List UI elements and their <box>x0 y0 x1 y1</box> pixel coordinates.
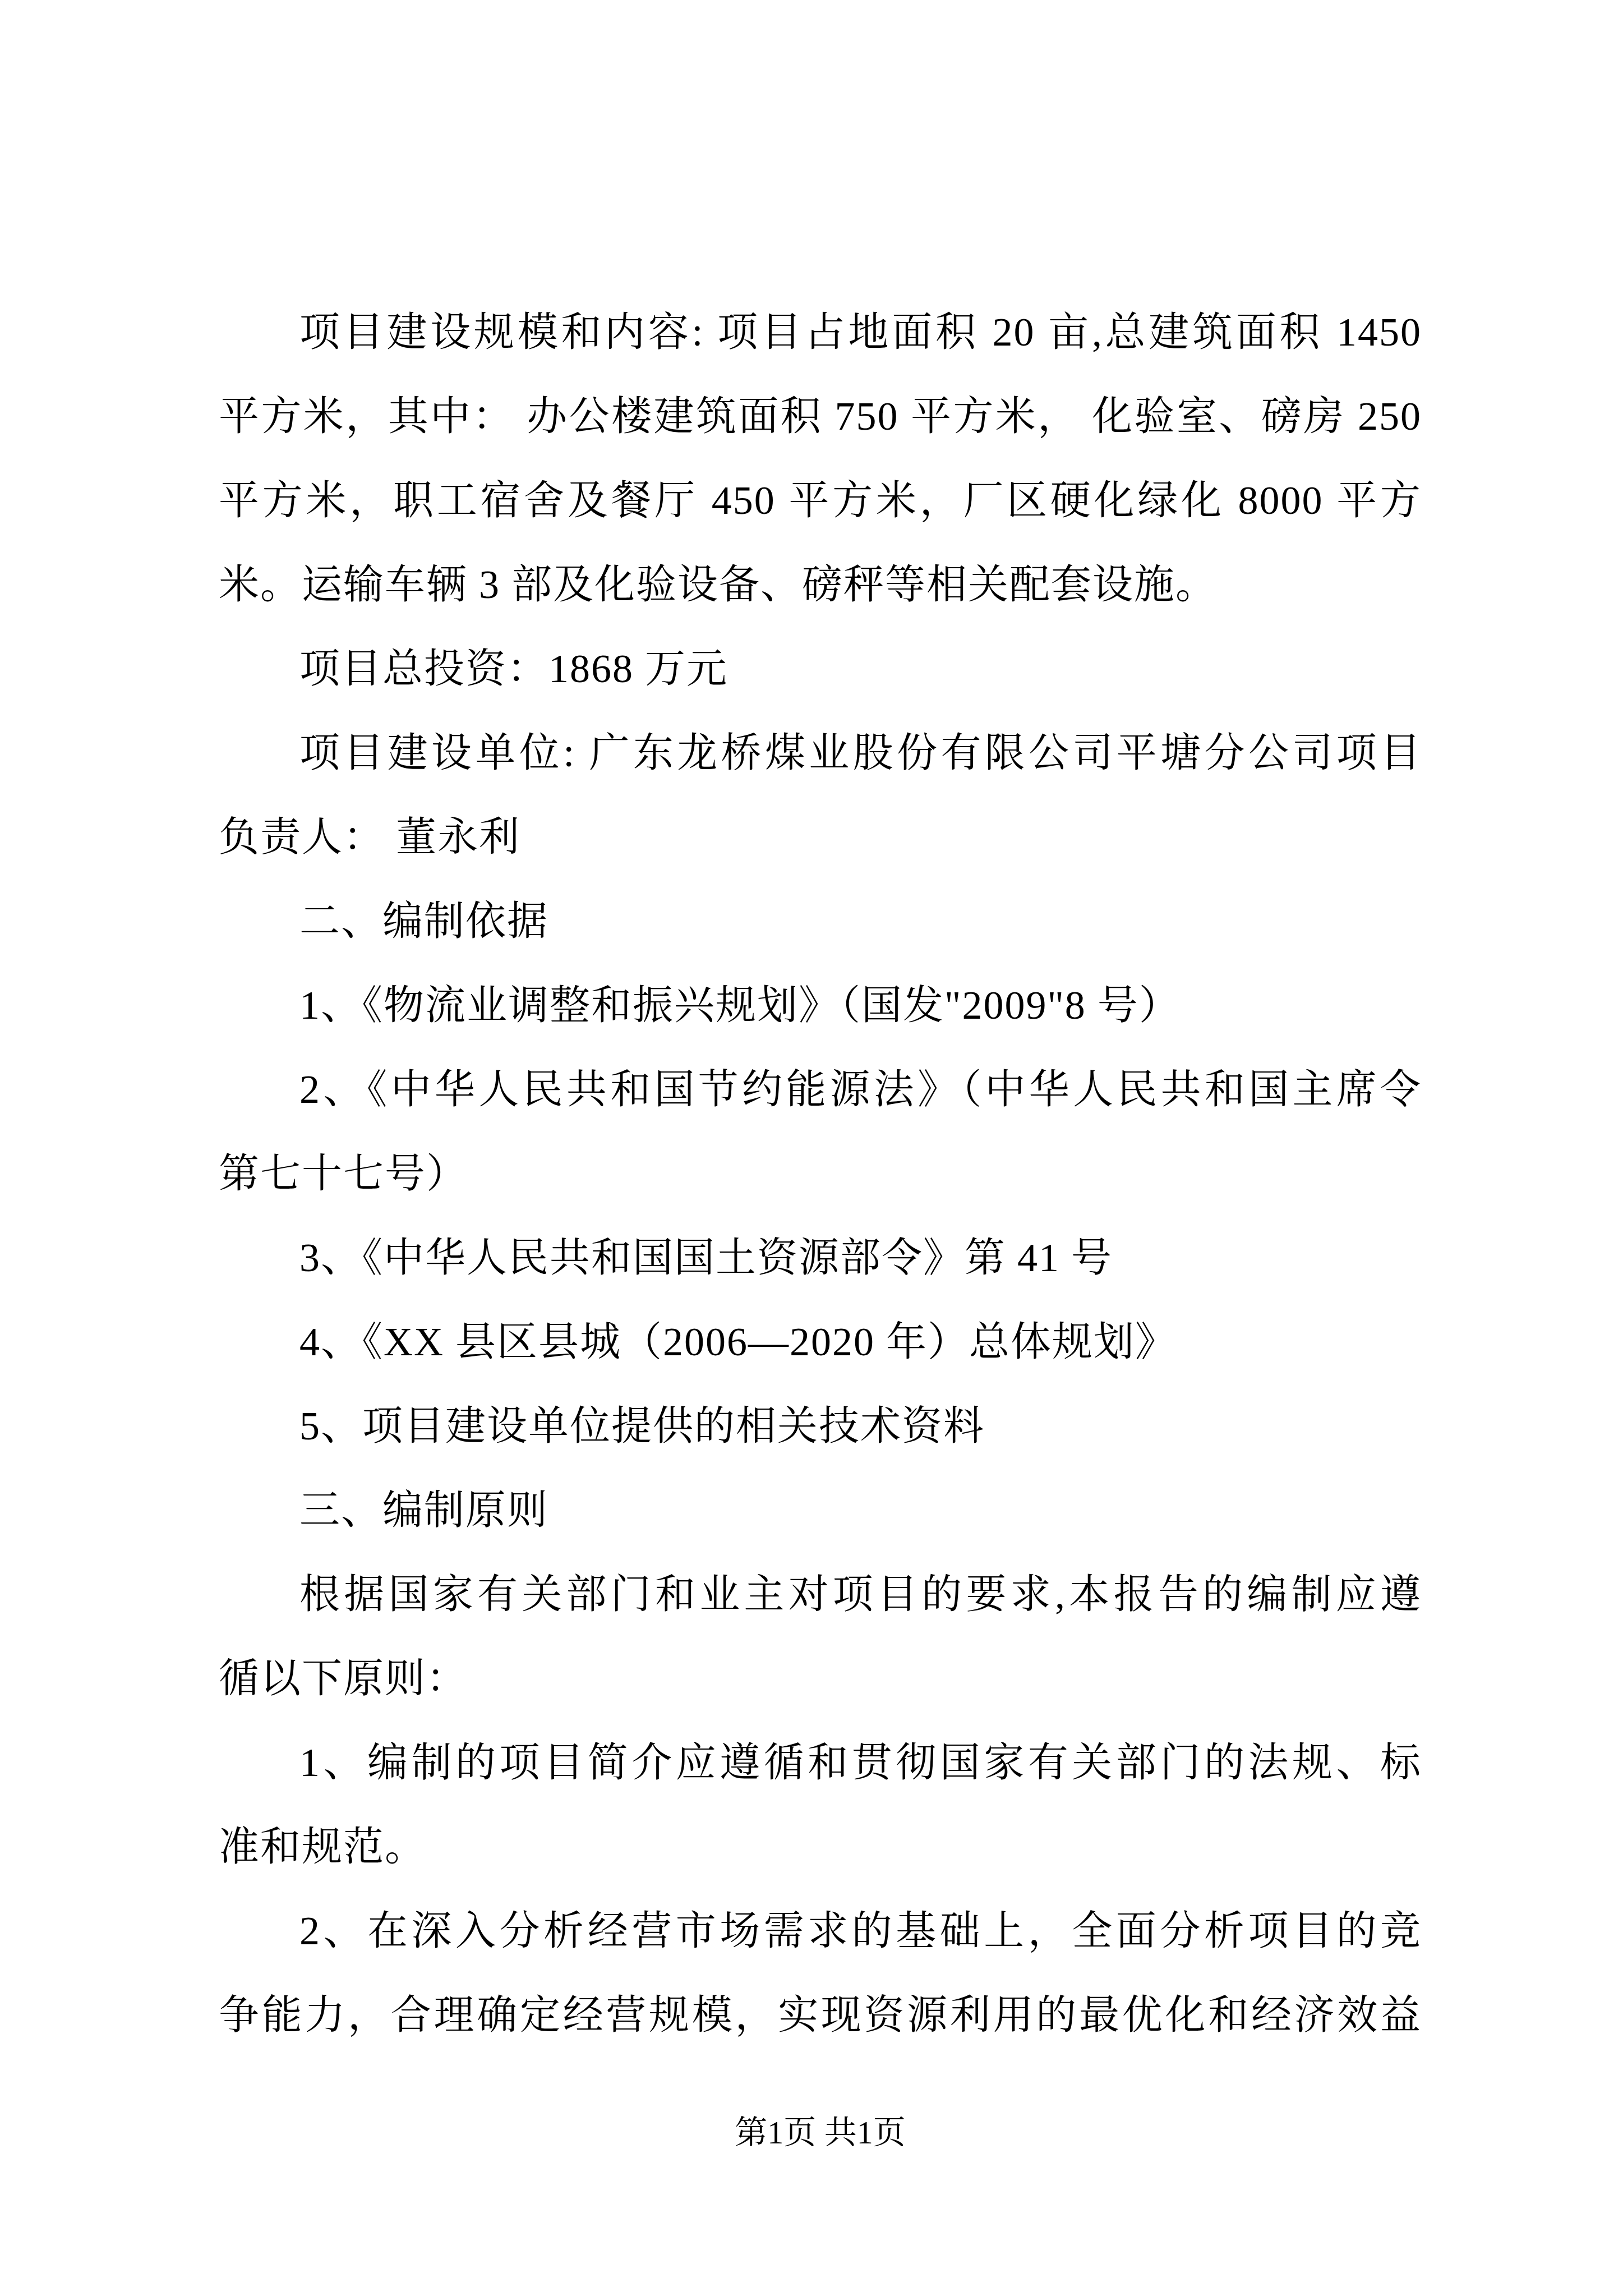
text-line: 2、在深入分析经营市场需求的基础上，全面分析项目的竞 <box>219 1889 1422 1973</box>
text-line: 米。运输车辆 3 部及化验设备、磅秤等相关配套设施。 <box>219 542 1422 627</box>
text-line: 项目总投资：1868 万元 <box>219 627 1422 711</box>
text-line: 平方米，职工宿舍及餐厅 450 平方米，厂区硬化绿化 8000 平方 <box>219 458 1422 542</box>
text-line: 负责人： 董永利 <box>219 795 1422 879</box>
text-line: 4、《XX 县区县城（2006—2020 年）总体规划》 <box>219 1300 1422 1384</box>
page-footer: 第1页 共1页 <box>219 2105 1422 2161</box>
text-line: 二、编制依据 <box>219 879 1422 963</box>
text-line: 5、项目建设单位提供的相关技术资料 <box>219 1384 1422 1468</box>
text-line: 循以下原则： <box>219 1636 1422 1720</box>
text-line: 根据国家有关部门和业主对项目的要求,本报告的编制应遵 <box>219 1552 1422 1636</box>
text-line: 3、《中华人民共和国国土资源部令》第 41 号 <box>219 1216 1422 1300</box>
text-line: 项目建设单位: 广东龙桥煤业股份有限公司平塘分公司项目 <box>219 711 1422 795</box>
document-page: 项目建设规模和内容: 项目占地面积 20 亩,总建筑面积 1450 平方米，其中… <box>0 0 1623 2296</box>
text-line: 1、编制的项目简介应遵循和贯彻国家有关部门的法规、标 <box>219 1720 1422 1805</box>
text-line: 争能力，合理确定经营规模，实现资源利用的最优化和经济效益 <box>219 1973 1422 2057</box>
text-line: 2、《中华人民共和国节约能源法》（中华人民共和国主席令 <box>219 1047 1422 1131</box>
document-body: 项目建设规模和内容: 项目占地面积 20 亩,总建筑面积 1450 平方米，其中… <box>219 290 1422 2057</box>
text-line: 项目建设规模和内容: 项目占地面积 20 亩,总建筑面积 1450 <box>219 290 1422 374</box>
text-line: 三、编制原则 <box>219 1468 1422 1552</box>
text-line: 1、《物流业调整和振兴规划》（国发"2009"8 号） <box>219 963 1422 1047</box>
text-line: 准和规范。 <box>219 1805 1422 1889</box>
text-line: 第七十七号） <box>219 1131 1422 1216</box>
text-line: 平方米，其中： 办公楼建筑面积 750 平方米， 化验室、磅房 250 <box>219 374 1422 458</box>
